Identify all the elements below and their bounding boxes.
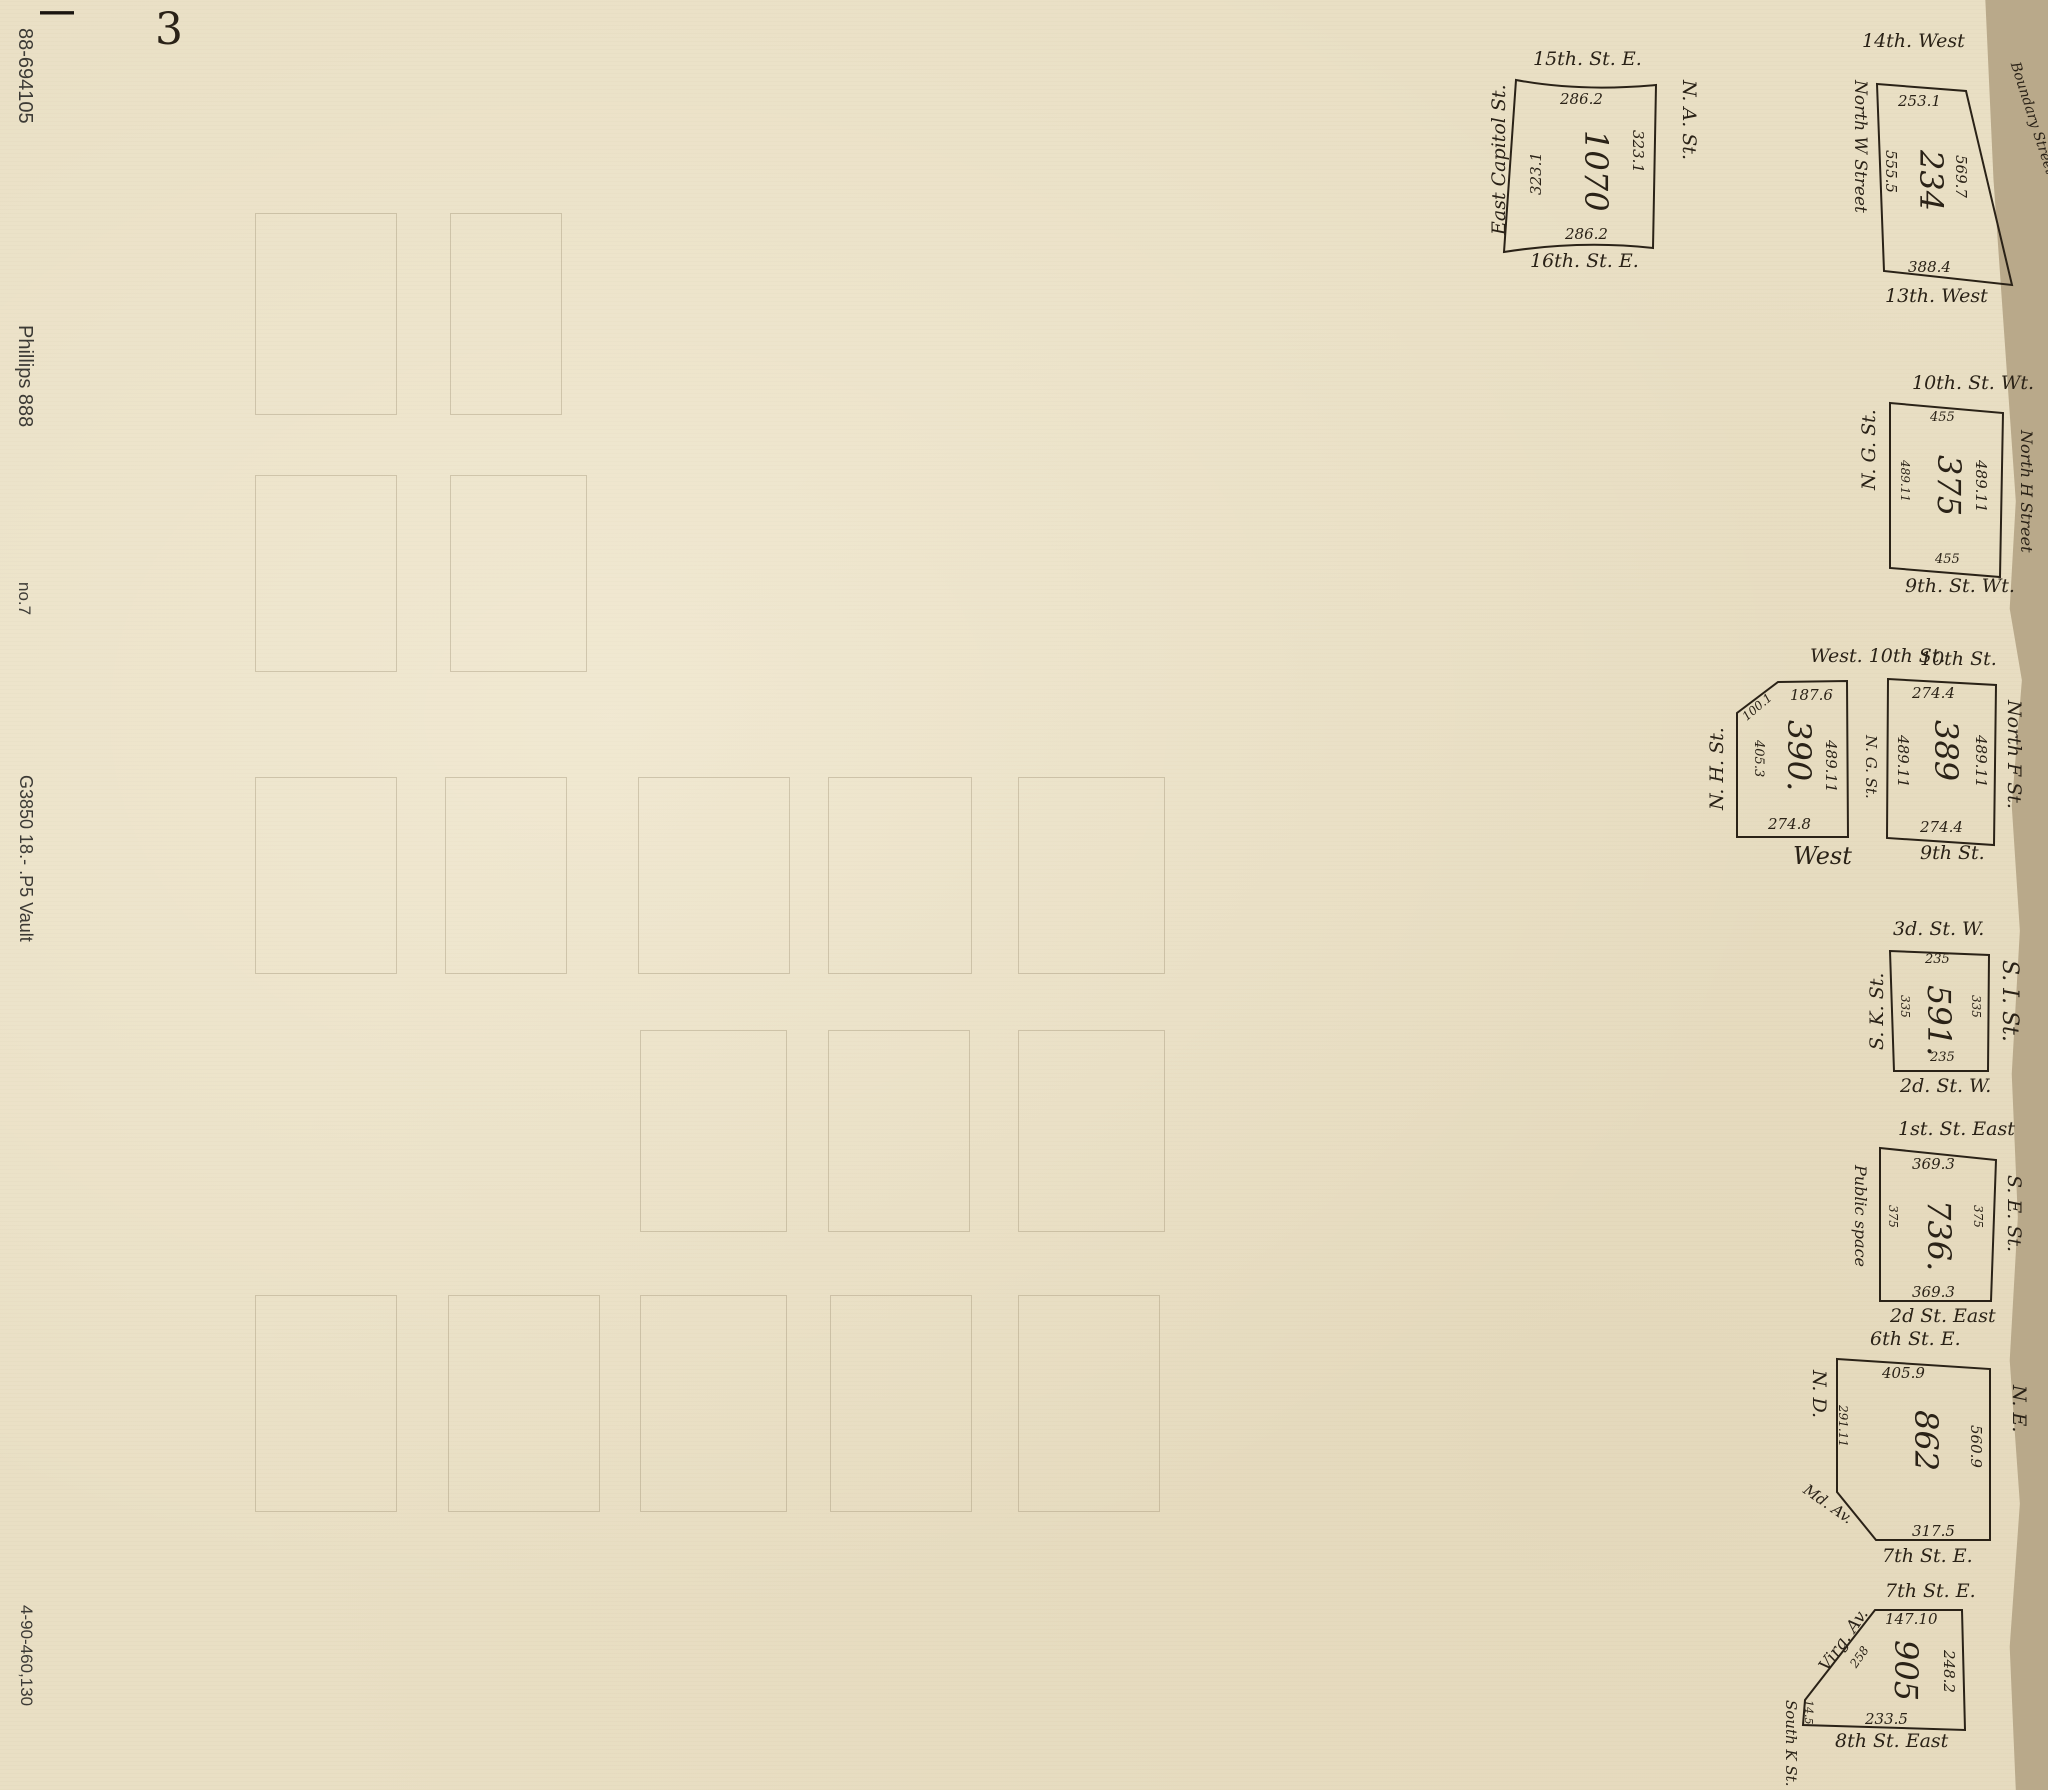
square-number: 862 xyxy=(1907,1410,1945,1471)
street-label: North F St. xyxy=(2003,700,2025,809)
side-measurement: 489.11 xyxy=(1894,735,1912,788)
side-measurement: 375 xyxy=(1886,1205,1900,1228)
street-label: N. A. St. xyxy=(1678,80,1700,160)
street-label: 16th. St. E. xyxy=(1530,250,1639,272)
side-measurement: 375 xyxy=(1971,1205,1985,1228)
street-label: 10th. St. Wt. xyxy=(1912,372,2034,394)
square-number: 234 xyxy=(1912,150,1950,211)
square-number: 389 xyxy=(1927,720,1965,781)
side-measurement: 14.5 xyxy=(1802,1700,1815,1725)
street-label: 10th St. xyxy=(1920,648,1997,670)
street-label: 9th. St. Wt. xyxy=(1905,575,2015,597)
street-label: North H Street xyxy=(2017,430,2036,553)
street-label: 2d St. East xyxy=(1890,1305,1996,1327)
square-number: 905 xyxy=(1887,1640,1925,1701)
street-label: 3d. St. W. xyxy=(1893,918,1984,940)
side-measurement: 569.7 xyxy=(1952,155,1970,198)
street-label: S. E. St. xyxy=(2003,1175,2025,1252)
square-number: 390. xyxy=(1780,720,1818,791)
street-label: 15th. St. E. xyxy=(1533,48,1642,70)
street-label: South K St. xyxy=(1782,1700,1800,1786)
side-measurement: 317.5 xyxy=(1912,1522,1955,1540)
street-label: 9th St. xyxy=(1920,842,1985,864)
street-label: N. H. St. xyxy=(1706,727,1728,810)
square-number: 591. xyxy=(1920,985,1958,1056)
side-measurement: 388.4 xyxy=(1908,258,1951,276)
street-label: S. I. St. xyxy=(1997,960,2022,1042)
side-measurement: 489.11 xyxy=(1972,735,1990,788)
side-measurement: 455 xyxy=(1930,410,1955,425)
side-measurement: 405.3 xyxy=(1751,740,1766,777)
side-measurement: 335 xyxy=(1898,995,1912,1018)
side-measurement: 455 xyxy=(1935,552,1960,567)
side-measurement: 233.5 xyxy=(1865,1710,1908,1728)
street-label: N. E. xyxy=(2008,1385,2030,1432)
street-label: 1st. St. East xyxy=(1898,1118,2015,1140)
side-measurement: 555.5 xyxy=(1882,150,1900,193)
street-label: 8th St. East xyxy=(1835,1730,1948,1752)
street-label: East Capitol St. xyxy=(1488,84,1510,235)
street-label: 6th St. E. xyxy=(1870,1328,1961,1350)
street-label: North W Street xyxy=(1850,80,1870,213)
side-measurement: 489.11 xyxy=(1898,460,1912,502)
side-measurement: 235 xyxy=(1925,952,1950,967)
square-number: 1070 xyxy=(1577,130,1615,211)
street-label: N. G. St. xyxy=(1858,409,1880,490)
side-measurement: 489.11 xyxy=(1972,460,1990,513)
square-outlines xyxy=(0,0,2048,1790)
square-number: 375 xyxy=(1930,455,1968,516)
street-label: N. G. St. xyxy=(1862,735,1880,799)
side-measurement: 489.11 xyxy=(1822,740,1840,793)
street-label: 7th St. E. xyxy=(1882,1545,1973,1567)
side-measurement: 187.6 xyxy=(1790,686,1833,704)
side-measurement: 291.11 xyxy=(1836,1405,1850,1447)
side-measurement: 147.10 xyxy=(1885,1610,1938,1628)
square-number: 736. xyxy=(1920,1200,1958,1271)
street-label: 7th St. E. xyxy=(1885,1580,1976,1602)
street-label: 14th. West xyxy=(1862,30,1965,52)
street-label: 13th. West xyxy=(1885,285,1988,307)
street-label: Public space xyxy=(1851,1165,1870,1267)
side-measurement: 274.4 xyxy=(1920,818,1963,836)
side-measurement: 405.9 xyxy=(1882,1364,1925,1382)
side-measurement: 323.1 xyxy=(1629,130,1647,173)
side-measurement: 369.3 xyxy=(1912,1283,1955,1301)
side-measurement: 323.1 xyxy=(1527,152,1545,195)
street-label: 2d. St. W. xyxy=(1900,1075,1991,1097)
side-measurement: 274.4 xyxy=(1912,684,1955,702)
side-measurement: 274.8 xyxy=(1768,815,1811,833)
side-measurement: 253.1 xyxy=(1898,92,1941,110)
side-measurement: 286.2 xyxy=(1565,225,1608,243)
side-measurement: 335 xyxy=(1969,995,1983,1018)
side-measurement: 248.2 xyxy=(1940,1650,1958,1693)
side-measurement: 369.3 xyxy=(1912,1155,1955,1173)
street-label: N. D. xyxy=(1808,1370,1830,1418)
street-label: S. K. St. xyxy=(1866,973,1888,1050)
side-measurement: 286.2 xyxy=(1560,90,1603,108)
street-label: West xyxy=(1793,842,1852,870)
side-measurement: 560.9 xyxy=(1967,1425,1985,1468)
